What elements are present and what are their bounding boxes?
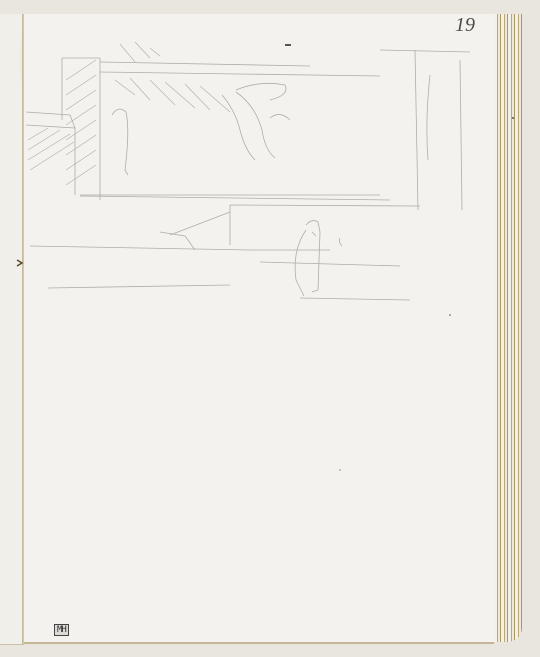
page-number: 19 xyxy=(455,14,475,37)
sketchbook-scan: 19 MH xyxy=(0,0,540,657)
collection-stamp: MH xyxy=(54,624,69,636)
pencil-sketch xyxy=(0,0,540,657)
